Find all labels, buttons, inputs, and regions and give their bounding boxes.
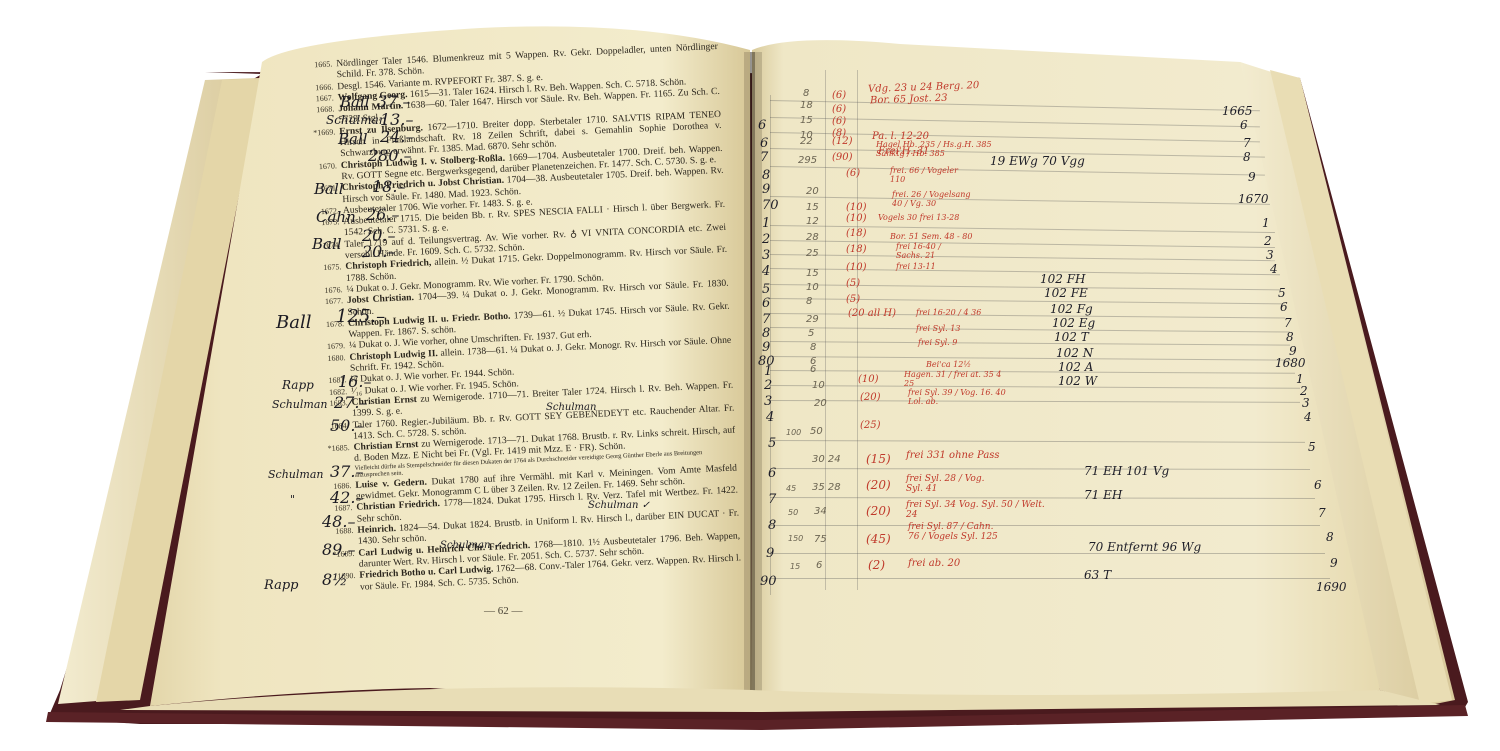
red-ink-note: frei Syl. 34 Vog. Syl. 50 / Welt. 24	[906, 500, 1046, 520]
row-number: 6	[768, 466, 776, 481]
pencil-price: 18	[800, 100, 813, 111]
year-label: 1690	[1316, 580, 1347, 594]
row-number: 7	[768, 492, 776, 507]
pencil-price: 15	[800, 115, 813, 126]
paren-value: (12)	[832, 136, 853, 147]
pencil-price: 28	[806, 232, 819, 243]
year-label: 7	[1243, 136, 1251, 150]
row-number: 2	[762, 232, 770, 247]
ledger-rule	[770, 525, 1320, 526]
reference-note: 102 W	[1058, 374, 1097, 388]
row-number: 7	[762, 312, 770, 327]
pencil-price: 12	[806, 216, 819, 227]
paren-value: (45)	[866, 532, 891, 546]
paren-value: (5)	[846, 294, 860, 305]
ledger-rule	[770, 196, 1270, 205]
red-ink-note: Hagen. 31 / frei at. 35 4 25	[904, 370, 1004, 388]
reference-note: 71 EH	[1084, 488, 1122, 502]
pencil-price: 295	[798, 155, 817, 166]
ledger-rule	[770, 254, 1275, 261]
year-label: 4	[1304, 410, 1312, 424]
pencil-price: 20	[806, 186, 819, 197]
reference-note: 63 T	[1084, 568, 1111, 582]
pencil-estimate: 15	[790, 562, 800, 571]
row-number: 9	[762, 182, 770, 197]
year-label: 5	[1278, 286, 1286, 300]
row-number: 6	[758, 118, 766, 133]
paren-value: (6)	[846, 168, 860, 179]
ledger-page: Vdg. 23 u 24 Berg. 20 Bor. 65 Jost. 23 1…	[0, 0, 1500, 751]
row-number: 4	[766, 410, 774, 425]
pencil-price: 34	[814, 506, 827, 517]
pencil-price: 6	[816, 560, 822, 571]
pencil-price: 30 24	[812, 454, 841, 465]
year-label: 1	[1262, 216, 1270, 230]
row-number: 1	[762, 216, 770, 231]
pencil-price: 22	[800, 136, 813, 147]
pencil-price: 5	[808, 328, 814, 339]
ledger-rule	[770, 400, 1300, 403]
ledger-rule	[770, 356, 1295, 361]
ledger-rule	[770, 327, 1290, 333]
red-ink-note: frei Syl. 13	[916, 324, 960, 333]
red-ink-note: frei 16-40 / Sachs. 21	[896, 242, 956, 260]
ledger-column-rule	[857, 70, 858, 590]
paren-value: (20)	[866, 478, 891, 492]
ledger-rule	[770, 468, 1310, 470]
paren-value: (6)	[832, 104, 846, 115]
red-ink-note: Bei'ca 12½	[926, 360, 971, 369]
pencil-price: 8	[806, 296, 812, 307]
pencil-price: 25	[806, 248, 819, 259]
red-ink-note: frei ab. 20	[908, 558, 960, 569]
paren-value: (20 all H)	[848, 308, 896, 319]
year-label: 7	[1284, 316, 1292, 330]
year-label: 1665	[1222, 104, 1253, 118]
year-label: 3	[1302, 396, 1310, 410]
red-ink-note: Bor. 51 Sem. 48 - 80	[890, 232, 972, 241]
paren-value: (18)	[846, 228, 867, 239]
open-book-photo: 1665.Nördlinger Taler 1546. Blumenkreuz …	[0, 0, 1500, 751]
reference-note: 71 EH 101 Vg	[1084, 464, 1169, 478]
year-label: 6	[1280, 300, 1288, 314]
reference-note: 102 T	[1054, 330, 1089, 344]
paren-value: (90)	[832, 152, 853, 163]
ledger-rule	[770, 341, 1290, 346]
year-label: 4	[1270, 262, 1278, 276]
pencil-price: 35 28	[812, 482, 841, 493]
pencil-price: 15	[806, 268, 819, 279]
red-ink-note: frei Syl. 9	[918, 338, 957, 347]
paren-value: (10)	[846, 262, 867, 273]
row-number: 6	[760, 136, 768, 151]
reference-note: 70 Entfernt 96 Wg	[1088, 540, 1201, 554]
row-number: 3	[764, 394, 772, 409]
row-number: 8	[768, 518, 776, 533]
year-label: 3	[1266, 248, 1274, 262]
paren-value: (20)	[860, 392, 881, 403]
row-number: 8	[762, 168, 770, 183]
pencil-price: 75	[814, 534, 827, 545]
red-ink-note: frei Syl. 28 / Vog. Syl. 41	[906, 474, 996, 494]
red-ink-note: frei. 26 / Vogelsang 40 / Vg. 30	[892, 190, 972, 208]
red-ink-note: frei Syl. 39 / Vog. 16. 40 Lol. ab.	[908, 388, 1018, 406]
row-number: 9	[762, 340, 770, 355]
ledger-rule	[770, 553, 1325, 554]
ledger-rule	[770, 385, 1300, 389]
red-ink-note: Vogels 30 frei 13-28	[878, 213, 959, 222]
red-ink-note: frei 16-20 / 4 36	[916, 308, 981, 317]
pencil-price: 15	[806, 202, 819, 213]
year-label: 5	[1308, 440, 1316, 454]
row-number: 90	[760, 574, 777, 589]
paren-value: (10)	[858, 374, 879, 385]
year-label: 6	[1314, 478, 1322, 492]
year-label: 8	[1243, 150, 1251, 164]
row-number: 5	[762, 282, 770, 297]
pencil-estimate: 100	[786, 428, 801, 437]
row-number: 6	[762, 296, 770, 311]
paren-value: (15)	[866, 452, 891, 466]
row-number: 8	[762, 326, 770, 341]
ledger-rule	[770, 578, 1330, 579]
pencil-price: 8	[810, 342, 816, 353]
row-number: 1	[764, 364, 772, 379]
pencil-price: 29	[806, 314, 819, 325]
pencil-estimate: 45	[786, 484, 796, 493]
paren-value: (5)	[846, 278, 860, 289]
reference-note: 102 A	[1058, 360, 1093, 374]
paren-value: (6)	[832, 90, 846, 101]
year-label: 6	[1240, 118, 1248, 132]
pencil-price: 6	[810, 364, 816, 375]
pencil-estimate: 50	[788, 508, 798, 517]
pencil-price: 20	[814, 398, 827, 409]
year-label: 9	[1330, 556, 1338, 570]
reference-note: 102 N	[1056, 346, 1093, 360]
reference-note: 102 FH	[1040, 272, 1086, 286]
reference-note: 102 Eg	[1052, 316, 1095, 330]
row-number: 5	[768, 436, 776, 451]
row-number: 3	[762, 248, 770, 263]
year-label: 9	[1248, 170, 1256, 184]
paren-value: (10)	[846, 202, 867, 213]
row-number: 70	[762, 198, 779, 213]
year-label: 1670	[1238, 192, 1269, 206]
red-ink-note: Hagel Hb. 235 / Hs.g.H. 385 Sanktg / Hb.…	[876, 140, 996, 158]
paren-value: (2)	[868, 558, 885, 572]
year-label: 2	[1264, 234, 1272, 248]
reference-note: 19 EWg 70 Vgg	[990, 154, 1085, 168]
red-ink-note: frei 331 ohne Pass	[906, 450, 1000, 461]
red-ink-note: frei 13-11	[896, 262, 936, 271]
year-label: 7	[1318, 506, 1326, 520]
red-ink-note: frei Syl. 87 / Cahn. 76 / Vogels Syl. 12…	[908, 522, 998, 542]
ledger-rule	[770, 370, 1295, 374]
paren-value: (18)	[846, 244, 867, 255]
year-label: 8	[1286, 330, 1294, 344]
ledger-rule	[770, 497, 1315, 499]
red-ink-note: frei. 66 / Vogeler 110	[890, 166, 970, 184]
paren-value: (6)	[832, 116, 846, 127]
paren-value: (25)	[860, 420, 881, 431]
year-label: 1680	[1275, 356, 1306, 370]
pencil-price: 10	[812, 380, 825, 391]
pencil-price: 50	[810, 426, 823, 437]
reference-note: 102 Fg	[1050, 302, 1093, 316]
row-number: 7	[760, 150, 768, 165]
reference-note: 102 FE	[1044, 286, 1088, 300]
paren-value: (20)	[866, 504, 891, 518]
ledger-rule	[770, 440, 1305, 443]
pencil-price: 10	[806, 282, 819, 293]
row-number: 9	[766, 546, 774, 561]
paren-value: (10)	[846, 213, 867, 224]
row-number: 2	[764, 378, 772, 393]
pencil-estimate: 150	[788, 534, 803, 543]
pencil-price: 8	[803, 88, 809, 99]
year-label: 8	[1326, 530, 1334, 544]
row-number: 4	[762, 264, 770, 279]
